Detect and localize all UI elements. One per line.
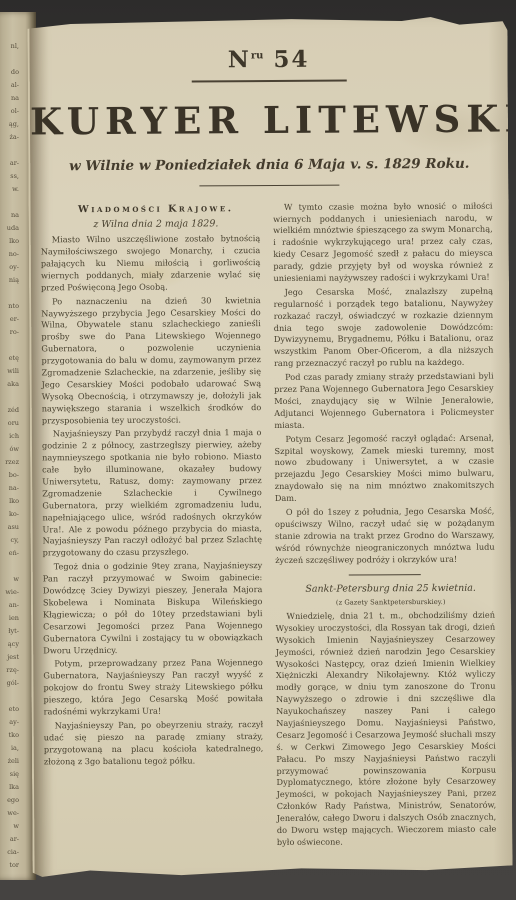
petersburg-section-source: (z Gazety Sanktpetersburskiey.) — [275, 598, 495, 609]
left-column: Wiadomości Krajowe. z Wilna dnia 2 maja … — [40, 202, 263, 852]
petersburg-paragraph-1: Wniedzielę, dnia 21 t. m., obchodziliśmy… — [275, 610, 496, 849]
left-paragraph-1: Miasto Wilno uszczęśliwione zostało bytn… — [41, 233, 261, 294]
article-columns: Wiadomości Krajowe. z Wilna dnia 2 maja … — [30, 184, 512, 852]
right-paragraph-1: W tymto czasie można było wnosić o miłoś… — [273, 200, 493, 285]
section-heading-krajowe: Wiadomości Krajowe. — [40, 202, 260, 217]
petersburg-section-heading: Sankt-Petersburg dnia 25 kwietnia. — [275, 582, 495, 597]
right-paragraph-3: Pod czas parady zmiany straży przedstawi… — [274, 371, 494, 432]
issue-number-superscript: ru — [251, 50, 264, 61]
adjacent-page-text-fragments: nl, do al- na ol- ąg, ża- ar- ss, w. na … — [1, 40, 19, 872]
masthead: Nru54 KURYER LITEWSKI w Wilnie w Poniedz… — [29, 17, 508, 188]
left-paragraph-2: Po naznaczeniu na dzień 30 kwietnia Nayw… — [41, 295, 261, 427]
issue-number-prefix: N — [228, 46, 251, 73]
right-paragraph-4: Potym Cesarz Jegomość raczył oglądać: Ar… — [274, 432, 494, 505]
section-divider-rule — [349, 574, 421, 575]
left-paragraph-5: Potym, przeprowadzany przez Pana Wojenne… — [43, 657, 263, 718]
newspaper-title: KURYER LITEWSKI — [30, 96, 508, 143]
right-column: W tymto czasie można było wnosić o miłoś… — [273, 200, 496, 850]
masthead-dateline: w Wilnie w Poniedziałek dnia 6 Maja v. s… — [30, 155, 508, 174]
right-paragraph-2: Jego Cesarska Mość, znalazłszy zupełną r… — [274, 286, 494, 371]
issue-number-value: 54 — [273, 46, 309, 73]
masthead-rule-top — [191, 80, 346, 82]
scanned-newspaper-view: nl, do al- na ol- ąg, ża- ar- ss, w. na … — [0, 0, 516, 900]
left-paragraph-4: Tegoż dnia o godzinie 9tey zrana, Nayjaś… — [43, 560, 263, 656]
left-column-dateline: z Wilna dnia 2 maja 1829. — [41, 218, 261, 233]
right-paragraph-5: O pół do 1szey z południa, Jego Cesarska… — [275, 506, 495, 567]
left-paragraph-3: Nayjaśnieyszy Pan przybydź raczył dnia 1… — [42, 428, 262, 560]
left-paragraph-6: Nayjaśnieyszy Pan, po obeyrzeniu straży,… — [44, 719, 264, 768]
issue-number: Nru54 — [30, 45, 508, 75]
newspaper-page: Nru54 KURYER LITEWSKI w Wilnie w Poniedz… — [27, 17, 512, 880]
